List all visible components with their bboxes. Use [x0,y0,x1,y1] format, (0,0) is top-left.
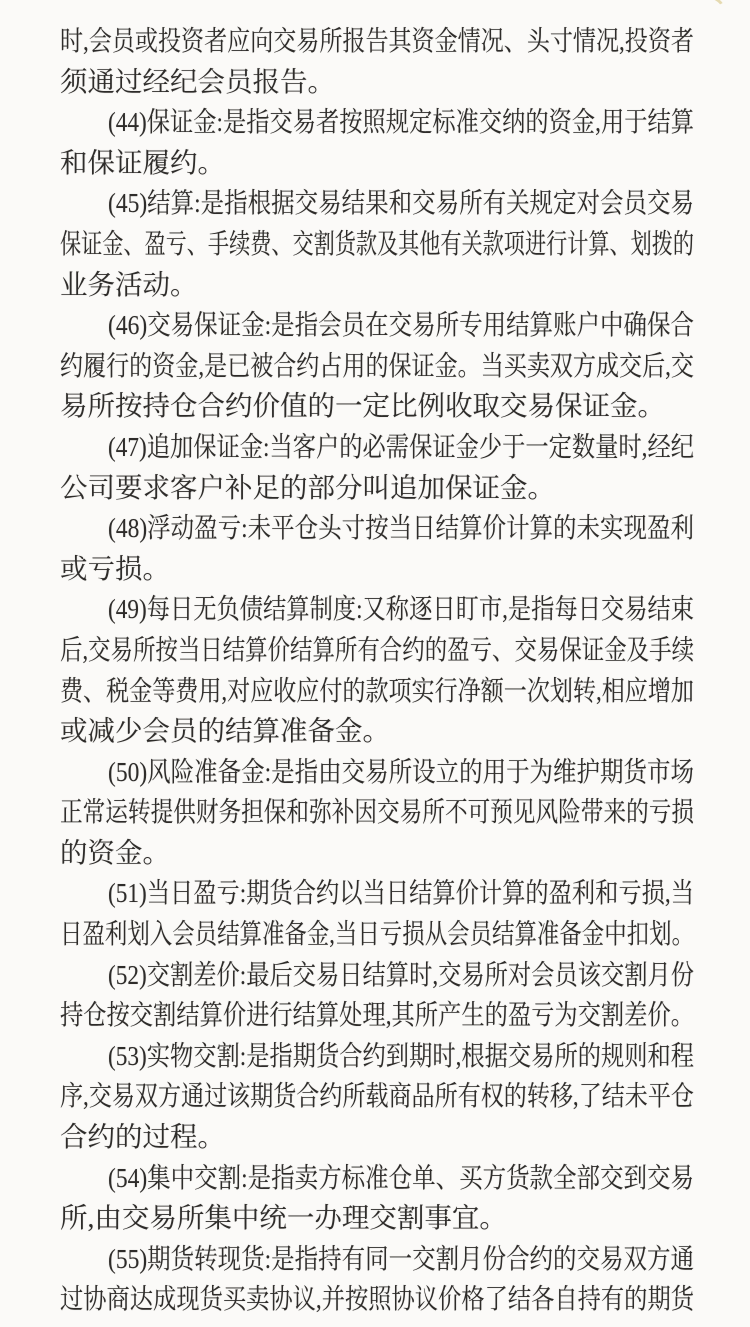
text-line: 正常运转提供财务担保和弥补因交易所不可预见风险带来的亏损 [60,792,694,833]
text-line-run: 费、税金等费用,对应收应付的款项实行净额一次划转,相应增加 [60,671,694,712]
text-line-run: (53)实物交割:是指期货合约到期时,根据交易所的规则和程 [108,1036,694,1077]
text-line: 后,交易所按当日结算价结算所有合约的盈亏、交易保证金及手续 [60,630,694,671]
text-line: 业务活动。 [60,265,694,306]
text-line-run: 过协商达成现货买卖协议,并按照协议价格了结各自持有的期货 [60,1279,694,1320]
text-line-run: 和保证履约。 [60,143,225,184]
text-line-run: 正常运转提供财务担保和弥补因交易所不可预见风险带来的亏损 [60,792,694,833]
text-line-run: (51)当日盈亏:期货合约以当日结算价计算的盈利和亏损,当 [108,873,694,914]
text-line: 或减少会员的结算准备金。 [60,711,694,752]
text-line: (50)风险准备金:是指由交易所设立的用于为维护期货市场 [108,752,694,793]
text-line: 费、税金等费用,对应收应付的款项实行净额一次划转,相应增加 [60,671,694,712]
text-line-run: 或减少会员的结算准备金。 [60,711,390,752]
text-line: 约履行的资金,是已被合约占用的保证金。当买卖双方成交后,交 [60,346,694,387]
text-line-run: 须通过经纪会员报告。 [60,62,335,103]
text-line: 日盈利划入会员结算准备金,当日亏损从会员结算准备金中扣划。 [60,914,694,955]
text-line-run: 公司要求客户补足的部分叫追加保证金。 [60,468,555,509]
book-page: 时,会员或投资者应向交易所报告其资金情况、头寸情况,投资者须通过经纪会员报告。(… [0,0,750,1327]
text-line-run: (55)期货转现货:是指持有同一交割月份合约的交易双方通 [108,1239,694,1280]
text-line: 和保证履约。 [60,143,694,184]
text-line-run: (54)集中交割:是指卖方标准仓单、买方货款全部交到交易 [108,1158,694,1199]
text-line: 持仓按交割结算价进行结算处理,其所产生的盈亏为交割差价。 [60,995,694,1036]
text-line: 序,交易双方通过该期货合约所载商品所有权的转移,了结未平仓 [60,1076,694,1117]
text-line: (54)集中交割:是指卖方标准仓单、买方货款全部交到交易 [108,1158,694,1199]
text-line: 易所按持仓合约价值的一定比例收取交易保证金。 [60,386,694,427]
text-line: 所,由交易所集中统一办理交割事宜。 [60,1198,694,1239]
text-line-run: (48)浮动盈亏:未平仓头寸按当日结算价计算的未实现盈利 [108,508,694,549]
text-line: 保证金、盈亏、手续费、交割货款及其他有关款项进行计算、划拨的 [60,224,694,265]
text-line: (53)实物交割:是指期货合约到期时,根据交易所的规则和程 [108,1036,694,1077]
text-line: 过协商达成现货买卖协议,并按照协议价格了结各自持有的期货 [60,1279,694,1320]
text-line-run: (47)追加保证金:当客户的必需保证金少于一定数量时,经纪 [108,427,694,468]
text-line-run: (52)交割差价:最后交易日结算时,交易所对会员该交割月份 [108,955,694,996]
text-line-run: 约履行的资金,是已被合约占用的保证金。当买卖双方成交后,交 [60,346,694,387]
scan-smudge [690,0,728,21]
text-line: 须通过经纪会员报告。 [60,62,694,103]
text-line-run: 合约的过程。 [60,1117,225,1158]
text-line-run: (49)每日无负债结算制度:又称逐日盯市,是指每日交易结束 [108,589,694,630]
text-line-run: 后,交易所按当日结算价结算所有合约的盈亏、交易保证金及手续 [60,630,694,671]
text-line-run: 所,由交易所集中统一办理交割事宜。 [60,1198,507,1239]
text-line: (49)每日无负债结算制度:又称逐日盯市,是指每日交易结束 [108,589,694,630]
text-line: 合约的过程。 [60,1117,694,1158]
text-line: (51)当日盈亏:期货合约以当日结算价计算的盈利和亏损,当 [108,873,694,914]
text-line: (47)追加保证金:当客户的必需保证金少于一定数量时,经纪 [108,427,694,468]
text-line-run: 时,会员或投资者应向交易所报告其资金情况、头寸情况,投资者 [60,21,694,62]
text-line-run: 或亏损。 [60,549,170,590]
text-line: (44)保证金:是指交易者按照规定标准交纳的资金,用于结算 [108,102,694,143]
text-line-run: 业务活动。 [60,265,198,306]
text-line-run: (44)保证金:是指交易者按照规定标准交纳的资金,用于结算 [108,102,694,143]
text-line-run: 序,交易双方通过该期货合约所载商品所有权的转移,了结未平仓 [60,1076,694,1117]
text-line: 公司要求客户补足的部分叫追加保证金。 [60,468,694,509]
text-line: (48)浮动盈亏:未平仓头寸按当日结算价计算的未实现盈利 [108,508,694,549]
text-line-run: 易所按持仓合约价值的一定比例收取交易保证金。 [60,386,665,427]
text-line-run: 的资金。 [60,833,170,874]
text-line-run: 日盈利划入会员结算准备金,当日亏损从会员结算准备金中扣划。 [60,914,694,955]
text-line-run: (50)风险准备金:是指由交易所设立的用于为维护期货市场 [108,752,694,793]
text-line: 的资金。 [60,833,694,874]
text-line: 时,会员或投资者应向交易所报告其资金情况、头寸情况,投资者 [60,21,694,62]
text-line: (45)结算:是指根据交易结果和交易所有关规定对会员交易 [108,183,694,224]
text-line-run: (45)结算:是指根据交易结果和交易所有关规定对会员交易 [108,183,694,224]
text-line: 或亏损。 [60,549,694,590]
text-line: (52)交割差价:最后交易日结算时,交易所对会员该交割月份 [108,955,694,996]
text-line: (55)期货转现货:是指持有同一交割月份合约的交易双方通 [108,1239,694,1280]
text-line-run: (46)交易保证金:是指会员在交易所专用结算账户中确保合 [108,305,694,346]
text-line-run: 持仓按交割结算价进行结算处理,其所产生的盈亏为交割差价。 [60,995,694,1036]
text-line: (46)交易保证金:是指会员在交易所专用结算账户中确保合 [108,305,694,346]
text-line-run: 保证金、盈亏、手续费、交割货款及其他有关款项进行计算、划拨的 [60,224,694,265]
text-column: 时,会员或投资者应向交易所报告其资金情况、头寸情况,投资者须通过经纪会员报告。(… [60,21,694,1320]
